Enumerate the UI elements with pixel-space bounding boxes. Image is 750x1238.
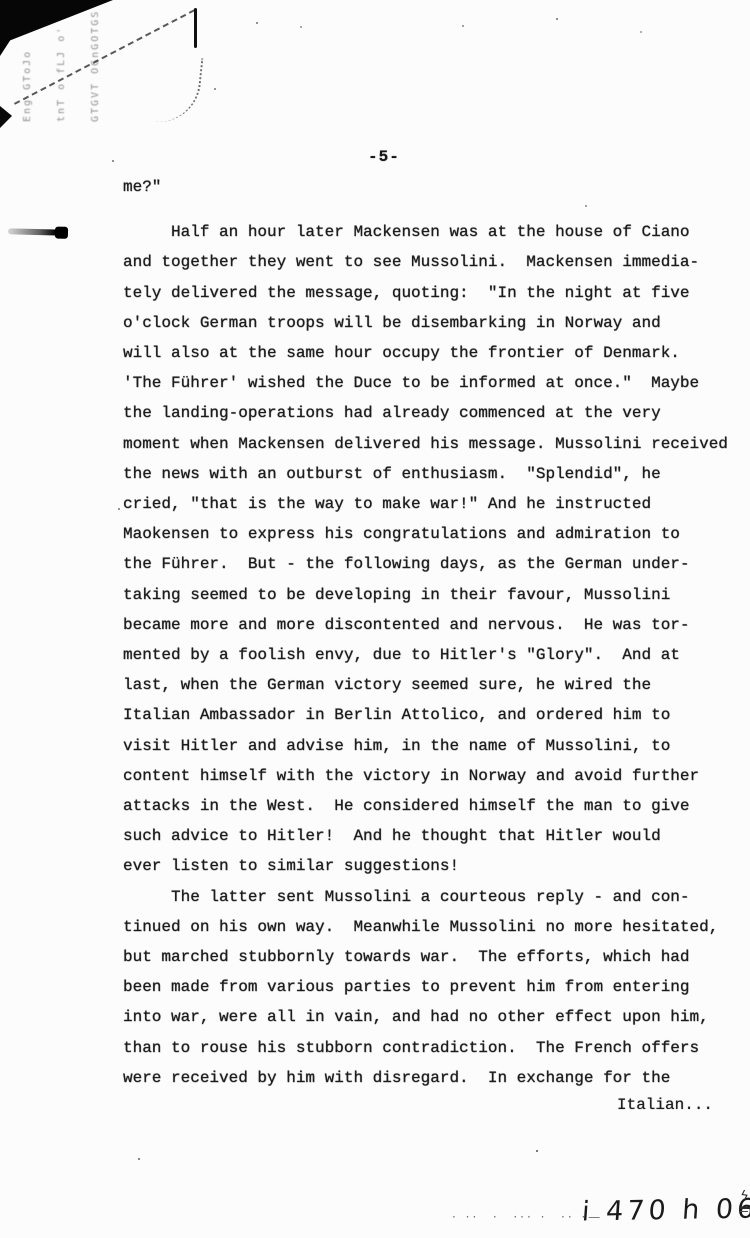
right-edge-scribble: ϟ [740, 1190, 750, 1224]
text-line: into war, were all in vain, and had no o… [123, 1002, 748, 1032]
scanned-document-page: Eng GToJo tnT o fLJ o' GTGVT OGnGOTGS -5… [0, 0, 750, 1238]
page-number: -5- [368, 147, 400, 167]
text-line: o'clock German troops will be disembarki… [123, 308, 748, 338]
handwritten-reference-code: i 470 h 06 [581, 1193, 750, 1227]
text-line: Half an hour later Mackensen was at the … [123, 217, 748, 247]
scribble-underline [740, 1207, 750, 1209]
text-line: but marched stubbornly towards war. The … [123, 942, 748, 972]
text-line: were received by him with disregard. In … [123, 1063, 748, 1093]
text-line: cried, "that is the way to make war!" An… [123, 489, 748, 519]
text-line: 'The Führer' wished the Duce to be infor… [123, 368, 748, 398]
text-line: attacks in the West. He considered himse… [123, 791, 748, 821]
text-line: will also at the same hour occupy the fr… [123, 338, 748, 368]
text-line: moment when Mackensen delivered his mess… [123, 429, 748, 459]
text-line: content himself with the victory in Norw… [123, 761, 748, 791]
text-line: ever listen to similar suggestions! [123, 851, 748, 881]
text-line: The latter sent Mussolini a courteous re… [123, 882, 748, 912]
text-line: tinued on his own way. Meanwhile Mussoli… [123, 912, 748, 942]
paragraph: Half an hour later Mackensen was at the … [123, 217, 748, 881]
ink-smudge [8, 228, 64, 235]
text-line: the landing-operations had already comme… [123, 398, 748, 428]
catchword: Italian... [617, 1090, 713, 1120]
stamp-offset-text: Eng GToJo [22, 50, 33, 122]
text-line: Maokensen to express his congratulations… [123, 519, 748, 549]
stamp-offset-text: tnT o fLJ o' [56, 26, 67, 122]
text-line: Italian Ambassador in Berlin Attolico, a… [123, 700, 748, 730]
text-line: been made from various parties to preven… [123, 972, 748, 1002]
text-line: mented by a foolish envy, due to Hitler'… [123, 640, 748, 670]
scan-specks [0, 0, 2, 2]
paragraph: me?" [123, 172, 748, 202]
text-line: tely delivered the message, quoting: "In… [123, 278, 748, 308]
text-line: such advice to Hitler! And he thought th… [123, 821, 748, 851]
text-line: last, when the German victory seemed sur… [123, 670, 748, 700]
text-line: me?" [123, 172, 748, 202]
text-line: became more and more discontented and ne… [123, 610, 748, 640]
stamp-offset-text: GTGVT OGnGOTGS [90, 10, 101, 122]
text-line: the news with an outburst of enthusiasm.… [123, 459, 748, 489]
text-line: than to rouse his stubborn contradiction… [123, 1033, 748, 1063]
left-edge-ink-mark [0, 106, 12, 128]
text-block: me?" Half an hour later Mackensen was at… [123, 172, 748, 1093]
text-line: the Führer. But - the following days, as… [123, 549, 748, 579]
pen-mark-vertical [194, 8, 197, 48]
pen-mark-curve [155, 54, 204, 126]
paragraph: The latter sent Mussolini a courteous re… [123, 882, 748, 1093]
scribble-underline [740, 1211, 748, 1212]
text-line: taking seemed to be developing in their … [123, 580, 748, 610]
text-line: visit Hitler and advise him, in the name… [123, 731, 748, 761]
scribble-glyph: ϟ [739, 1189, 750, 1204]
text-line: and together they went to see Mussolini.… [123, 247, 748, 277]
